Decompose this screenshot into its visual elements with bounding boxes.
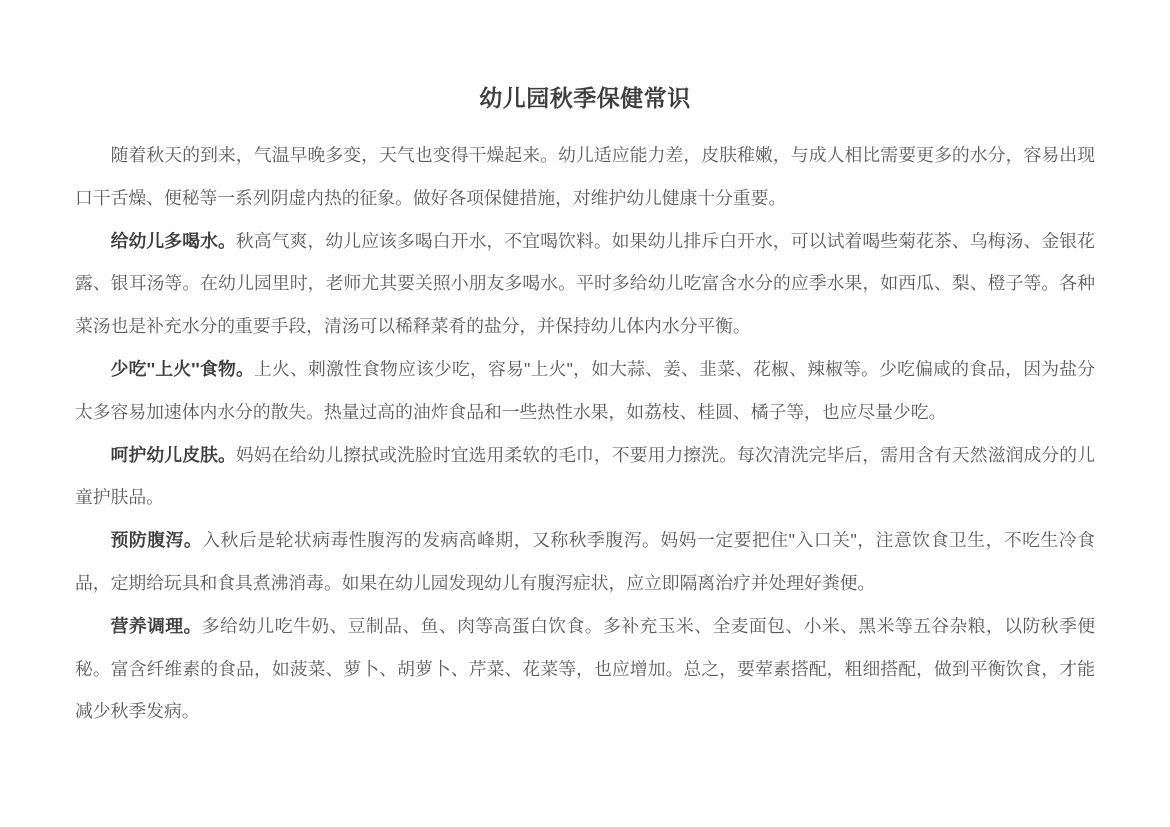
paragraph: 营养调理。多给幼儿吃牛奶、豆制品、鱼、肉等高蛋白饮食。多补充玉米、全麦面包、小米… <box>75 605 1095 733</box>
paragraph-list: 随着秋天的到来，气温早晚多变，天气也变得干燥起来。幼儿适应能力差，皮肤稚嫩，与成… <box>75 134 1095 733</box>
paragraph: 给幼儿多喝水。秋高气爽，幼儿应该多喝白开水，不宜喝饮料。如果幼儿排斥白开水，可以… <box>75 220 1095 348</box>
paragraph-lead: 少吃''上火''食物。 <box>111 359 254 379</box>
paragraph: 呵护幼儿皮肤。妈妈在给幼儿擦拭或洗脸时宜选用柔软的毛巾，不要用力擦洗。每次清洗完… <box>75 434 1095 520</box>
paragraph: 预防腹泻。入秋后是轮状病毒性腹泻的发病高峰期，又称秋季腹泻。妈妈一定要把住"入口… <box>75 519 1095 605</box>
paragraph-lead: 给幼儿多喝水。 <box>111 231 236 251</box>
document-page: 幼儿园秋季保健常识 随着秋天的到来，气温早晚多变，天气也变得干燥起来。幼儿适应能… <box>0 83 1170 733</box>
paragraph-text: 随着秋天的到来，气温早晚多变，天气也变得干燥起来。幼儿适应能力差，皮肤稚嫩，与成… <box>75 145 1095 208</box>
paragraph-lead: 营养调理。 <box>111 616 202 636</box>
paragraph-text: 入秋后是轮状病毒性腹泻的发病高峰期，又称秋季腹泻。妈妈一定要把住"入口关"，注意… <box>75 530 1095 593</box>
page-title: 幼儿园秋季保健常识 <box>75 83 1095 113</box>
paragraph-lead: 呵护幼儿皮肤。 <box>111 445 236 465</box>
paragraph-text: 多给幼儿吃牛奶、豆制品、鱼、肉等高蛋白饮食。多补充玉米、全麦面包、小米、黑米等五… <box>75 616 1095 722</box>
paragraph: 少吃''上火''食物。上火、刺激性食物应该少吃，容易"上火"，如大蒜、姜、韭菜、… <box>75 348 1095 434</box>
paragraph: 随着秋天的到来，气温早晚多变，天气也变得干燥起来。幼儿适应能力差，皮肤稚嫩，与成… <box>75 134 1095 220</box>
paragraph-lead: 预防腹泻。 <box>111 530 203 550</box>
